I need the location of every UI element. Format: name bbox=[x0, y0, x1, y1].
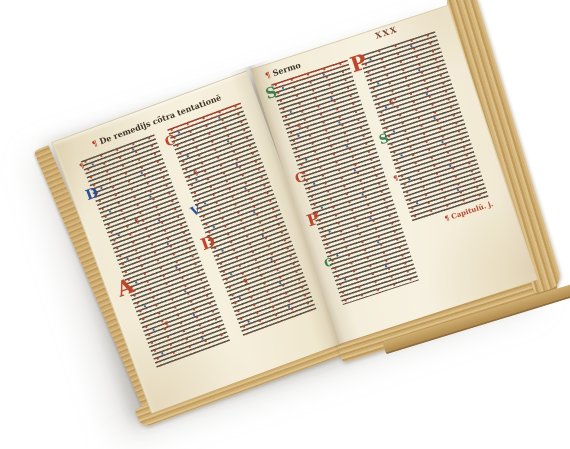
pilcrow-mark: ¶ bbox=[164, 321, 170, 328]
pilcrow-mark: ¶ bbox=[79, 163, 85, 170]
pilcrow-mark: ¶ bbox=[134, 218, 140, 225]
pilcrow-mark: ¶ bbox=[389, 100, 395, 107]
blue-initial-V: V bbox=[189, 205, 201, 218]
pilcrow-mark: ¶ bbox=[393, 175, 399, 182]
folio-number: XXX bbox=[374, 24, 399, 41]
photo-background: ¶ De remedijs cõtra tentationē ¶D¶A¶ C¶V… bbox=[0, 0, 570, 449]
red-initial-A: A bbox=[115, 277, 137, 300]
red-initial-D: D bbox=[199, 235, 217, 253]
blue-initial-D: D bbox=[84, 186, 100, 202]
red-initial-C: C bbox=[164, 134, 178, 149]
open-book: ¶ De remedijs cõtra tentationē ¶D¶A¶ C¶V… bbox=[54, 5, 537, 407]
green-initial-S: S bbox=[378, 133, 391, 147]
pilcrow-mark: ¶ bbox=[193, 170, 199, 177]
pilcrow-mark: ¶ bbox=[243, 278, 249, 285]
pilcrow-mark: ¶ bbox=[296, 124, 302, 131]
